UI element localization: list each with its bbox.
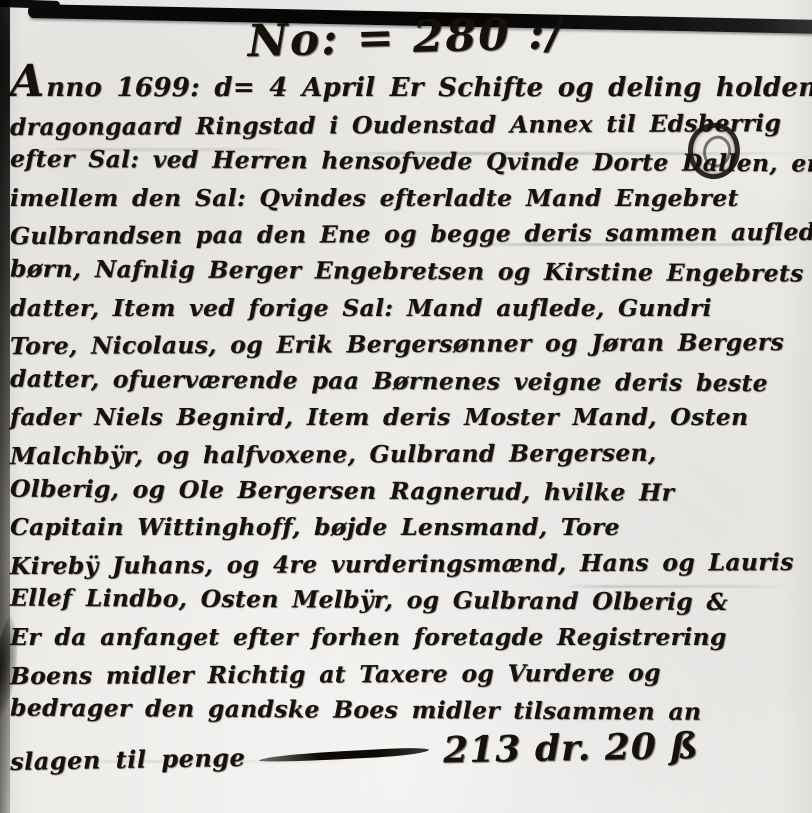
manuscript-body: Anno 1699: d= 4 April Er Schifte og deli… [10, 64, 806, 774]
manuscript-line: Capitain Wittinghoff, bøjde Lensmand, To… [10, 509, 806, 546]
ink-dash [259, 746, 429, 763]
manuscript-line: efter Sal: ved Herren hensofvede Qvinde … [10, 141, 806, 182]
manuscript-line: Ellef Lindbo, Osten Melbÿr, og Gulbrand … [10, 580, 806, 621]
sum-amount: 213 dr. 20 ß [443, 728, 699, 768]
manuscript-page: No: = 280 :/ Anno 1699: d= 4 April Er Sc… [0, 0, 812, 813]
manuscript-lines: Anno 1699: d= 4 April Er Schifte og deli… [10, 64, 806, 729]
valuation-sum-line: slagen til penge 213 dr. 20 ß [10, 726, 807, 781]
manuscript-line: Gulbrandsen paa den Ene og begge deris s… [10, 214, 806, 255]
manuscript-line: imellem den Sal: Qvindes efterladte Mand… [10, 180, 806, 217]
sum-prefix-text: slagen til penge [10, 739, 246, 781]
record-number: No: = 280 :/ [247, 8, 565, 67]
manuscript-line: dragongaard Ringstad i Oudenstad Annex t… [10, 105, 806, 146]
manuscript-line: Olberig, og Ole Bergersen Ragnerud, hvil… [10, 470, 806, 511]
manuscript-line: Er da anfanget efter forhen foretagde Re… [10, 619, 806, 656]
manuscript-line: datter, Item ved forige Sal: Mand aufled… [10, 290, 806, 327]
manuscript-line: Tore, Nicolaus, og Erik Bergersønner og … [10, 324, 806, 365]
manuscript-line: Malchbÿr, og halfvoxene, Gulbrand Berger… [10, 434, 806, 475]
manuscript-line: fader Niels Begnird, Item deris Moster M… [10, 399, 806, 436]
manuscript-line: Anno 1699: d= 4 April Er Schifte og deli… [10, 64, 806, 107]
manuscript-line: børn, Nafnlig Berger Engebretsen og Kirs… [10, 251, 806, 292]
manuscript-line: Boens midler Richtig at Taxere og Vurder… [10, 653, 806, 694]
manuscript-line: datter, ofuerværende paa Børnenes veigne… [10, 360, 806, 401]
manuscript-line: Kirebÿ Juhans, og 4re vurderingsmænd, Ha… [10, 544, 806, 585]
